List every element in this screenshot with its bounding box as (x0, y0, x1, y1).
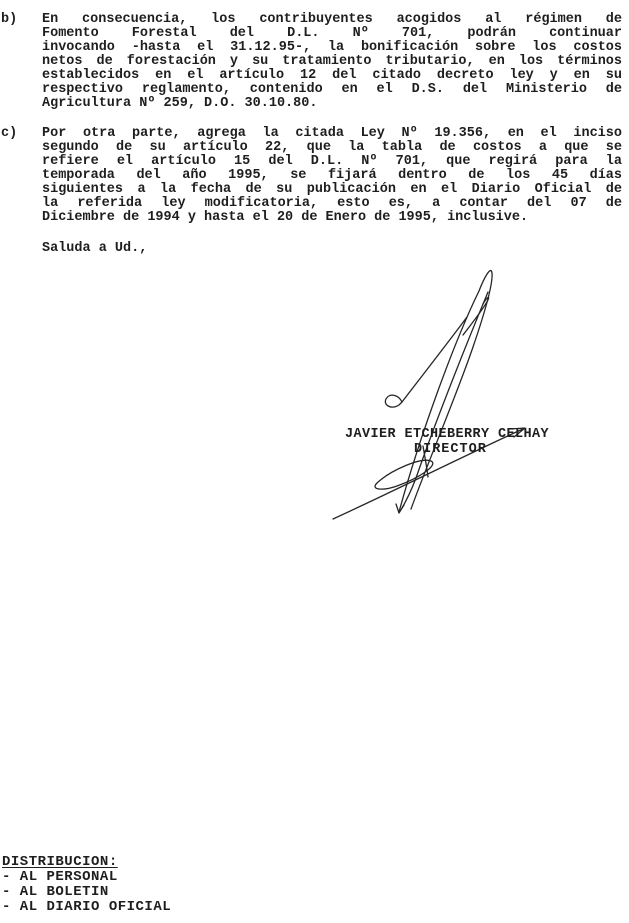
paragraph-line: segundo de su artículo 22, que la tabla … (42, 141, 622, 155)
paragraph-line: En consecuencia, los contribuyentes acog… (42, 13, 622, 27)
distribution-item: - AL BOLETIN (2, 885, 171, 900)
paragraph-line: Agricultura Nº 259, D.O. 30.10.80. (42, 97, 622, 111)
paragraph-line: respectivo reglamento, contenido en el D… (42, 83, 622, 97)
signature-stroke (399, 271, 492, 512)
signatory-name: JAVIER ETCHEBERRY CELHAY (345, 428, 549, 442)
distribution-header: DISTRIBUCION: (2, 855, 171, 870)
paragraph-line: Diciembre de 1994 y hasta el 20 de Enero… (42, 211, 622, 225)
paragraph-line: refiere el artículo 15 del D.L. Nº 701, … (42, 155, 622, 169)
paragraph-c: c) Por otra parte, agrega la citada Ley … (0, 127, 622, 225)
signature-stroke (385, 317, 467, 407)
distribution-list: DISTRIBUCION: - AL PERSONAL - AL BOLETIN… (2, 855, 171, 915)
paragraph-line: Por otra parte, agrega la citada Ley Nº … (42, 127, 622, 141)
document-page: b) En consecuencia, los contribuyentes a… (0, 0, 629, 923)
handwritten-signature (280, 258, 629, 540)
paragraph-body: En consecuencia, los contribuyentes acog… (42, 13, 622, 111)
paragraph-line: temporada del año 1995, se fijará dentro… (42, 169, 622, 183)
paragraph-line: establecidos en el artículo 12 del citad… (42, 69, 622, 83)
paragraph-label: b) (1, 13, 17, 27)
distribution-item: - AL DIARIO OFICIAL (2, 900, 171, 915)
signature-stroke (396, 292, 488, 513)
paragraph-line: siguientes a la fecha de su publicación … (42, 183, 622, 197)
paragraph-label: c) (1, 127, 17, 141)
paragraph-b: b) En consecuencia, los contribuyentes a… (0, 13, 622, 111)
paragraph-line: invocando -hasta el 31.12.95-, la bonifi… (42, 41, 622, 55)
closing-salutation: Saluda a Ud., (42, 242, 147, 256)
paragraph-line: la referida ley modificatoria, esto es, … (42, 197, 622, 211)
paragraph-line: Fomento Forestal del D.L. Nº 701, podrán… (42, 27, 622, 41)
paragraph-body: Por otra parte, agrega la citada Ley Nº … (42, 127, 622, 225)
paragraph-line: netos de forestación y su tratamiento tr… (42, 55, 622, 69)
signatory-title: DIRECTOR (414, 443, 487, 457)
distribution-item: - AL PERSONAL (2, 870, 171, 885)
